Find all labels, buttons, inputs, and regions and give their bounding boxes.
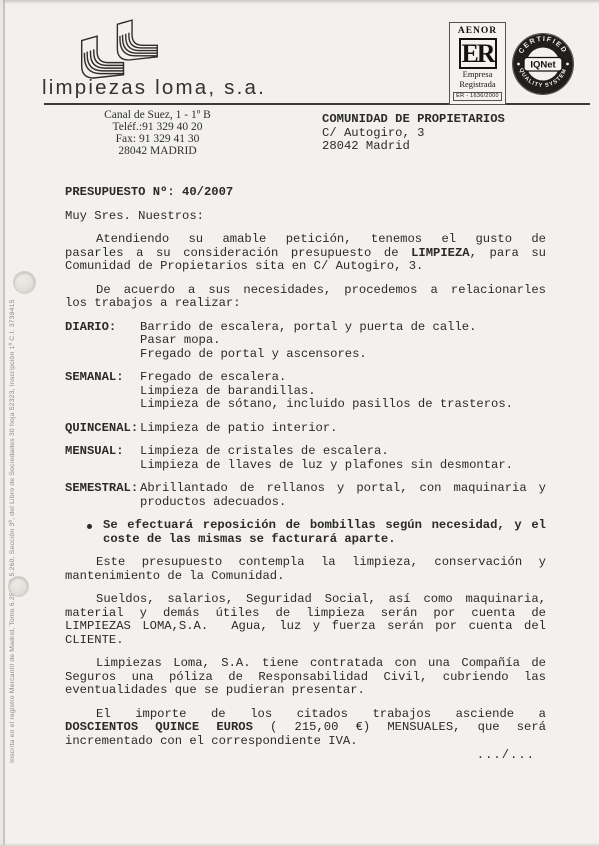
text-line: Atendiendo su amable petición, tenemos e… (65, 233, 546, 247)
text-line: incrementado con el correspondiente IVA. (65, 735, 546, 749)
aenor-registration-number: ER - 1636/2000 (453, 92, 502, 101)
aenor-label: AENOR (450, 26, 505, 36)
text-line: los trabajos a realizar: (65, 297, 546, 311)
text-line: pasarles a su consideración presupuesto … (65, 247, 546, 261)
text-line: Limpieza de cristales de escalera. (140, 445, 546, 459)
insurance-paragraph: Limpiezas Loma, S.A. tiene contratada co… (65, 657, 546, 698)
schedule-label: MENSUAL: (65, 445, 124, 459)
text-line: Barrido de escalera, portal y puerta de … (140, 321, 546, 335)
aenor-er-mark-icon: ER (459, 38, 497, 69)
text-line: DOSCIENTOS QUINCE EUROS ( 215,00 €) MENS… (65, 721, 546, 735)
bullet-icon (87, 524, 92, 529)
iqnet-center-text: IQNet (530, 60, 556, 71)
budget-reference: PRESUPUESTO Nº: 40/2007 (65, 186, 546, 200)
text-line: Seguros una póliza de Responsabilidad Ci… (65, 671, 546, 685)
schedule-label: QUINCENAL: (65, 422, 138, 436)
continuation-mark: .../... (65, 748, 535, 762)
schedule-weekly: SEMANAL:Fregado de escalera.Limpieza de … (65, 371, 546, 412)
recipient-city: 28042 Madrid (322, 140, 505, 154)
iqnet-certification-badge-icon: CERTIFIED QUALITY SYSTEM IQNet (511, 32, 575, 96)
company-address-block: Canal de Suez, 1 - 1º B Teléf.:91 329 40… (60, 109, 255, 157)
schedule-semiannual: SEMESTRAL:Abrillantado de rellanos y por… (65, 482, 546, 509)
text-line: Pasar mopa. (140, 334, 546, 348)
text-line: Limpieza de barandillas. (140, 385, 546, 399)
registry-note-vertical: Inscrita en el registro Mercantil de Mad… (9, 263, 16, 763)
text-line: mantenimiento de la Comunidad. (65, 570, 546, 584)
company-street: Canal de Suez, 1 - 1º B (60, 109, 255, 121)
schedule-label: SEMESTRAL: (65, 482, 138, 496)
salutation: Muy Sres. Nuestros: (65, 210, 546, 224)
schedule-monthly: MENSUAL:Limpieza de cristales de escaler… (65, 445, 546, 472)
works-intro-paragraph: De acuerdo a sus necesidades, procedemos… (65, 284, 546, 311)
scan-edge-left-line (3, 0, 5, 846)
text-line: Este presupuesto contempla la limpieza, … (65, 556, 546, 570)
company-phone: Teléf.:91 329 40 20 (60, 121, 255, 133)
schedule-label: SEMANAL: (65, 371, 124, 385)
text-line: eventualidades que se pudieran presentar… (65, 684, 546, 698)
punch-hole-bottom (9, 577, 28, 596)
text-line: coste de las mismas se facturará aparte. (103, 533, 546, 547)
text-line: material y demás útiles de limpieza será… (65, 607, 546, 621)
price-paragraph: El importe de los citados trabajos ascie… (65, 708, 546, 749)
text-line: Muy Sres. Nuestros: (65, 210, 546, 224)
scope-paragraph: Este presupuesto contempla la limpieza, … (65, 556, 546, 583)
schedule-biweekly: QUINCENAL:Limpieza de patio interior. (65, 422, 546, 436)
recipient-name: COMUNIDAD DE PROPIETARIOS (322, 113, 505, 127)
recipient-street: C/ Autogiro, 3 (322, 127, 505, 141)
text-line: Sueldos, salarios, Seguridad Social, así… (65, 593, 546, 607)
text-line: El importe de los citados trabajos ascie… (65, 708, 546, 722)
text-line: Limpieza de llaves de luz y plafones sin… (140, 459, 546, 473)
costs-paragraph: Sueldos, salarios, Seguridad Social, así… (65, 593, 546, 647)
text-line: LIMPIEZAS LOMA,S.A. Agua, luz y fuerza s… (65, 620, 546, 634)
text-line: CLIENTE. (65, 634, 546, 648)
company-fax: Fax: 91 329 41 30 (60, 133, 255, 145)
schedule-daily: DIARIO:Barrido de escalera, portal y pue… (65, 321, 546, 362)
company-name: limpiezas loma, s.a. (42, 76, 266, 100)
company-city: 28042 MADRID (60, 145, 255, 157)
bulbs-note: Se efectuará reposición de bombillas seg… (65, 519, 546, 546)
aenor-certification-badge: AENOR ER Empresa Registrada ER - 1636/20… (449, 22, 506, 105)
recipient-block: COMUNIDAD DE PROPIETARIOS C/ Autogiro, 3… (322, 113, 505, 154)
text-line: Abrillantado de rellanos y portal, con m… (140, 482, 546, 496)
scanned-letter-page: limpiezas loma, s.a. Canal de Suez, 1 - … (0, 0, 599, 846)
punch-hole-top (14, 272, 35, 293)
text-line: De acuerdo a sus necesidades, procedemos… (65, 284, 546, 298)
letterhead-rule (44, 103, 590, 105)
scan-edge-top (0, 0, 599, 4)
text-line: Limpieza de sótano, incluido pasillos de… (140, 398, 546, 412)
text-line: Comunidad de Propietarios sita en C/ Aut… (65, 260, 546, 274)
schedule-label: DIARIO: (65, 321, 116, 335)
text-line: PRESUPUESTO Nº: 40/2007 (65, 186, 546, 200)
text-line: productos adecuados. (140, 496, 546, 510)
text-line: Fregado de escalera. (140, 371, 546, 385)
text-line: Limpieza de patio interior. (140, 422, 546, 436)
text-line: Limpiezas Loma, S.A. tiene contratada co… (65, 657, 546, 671)
letter-body: PRESUPUESTO Nº: 40/2007Muy Sres. Nuestro… (65, 186, 546, 748)
text-line: Fregado de portal y ascensores. (140, 348, 546, 362)
text-line: Se efectuará reposición de bombillas seg… (103, 519, 546, 533)
intro-paragraph: Atendiendo su amable petición, tenemos e… (65, 233, 546, 274)
aenor-caption-line2: Registrada (450, 80, 505, 90)
